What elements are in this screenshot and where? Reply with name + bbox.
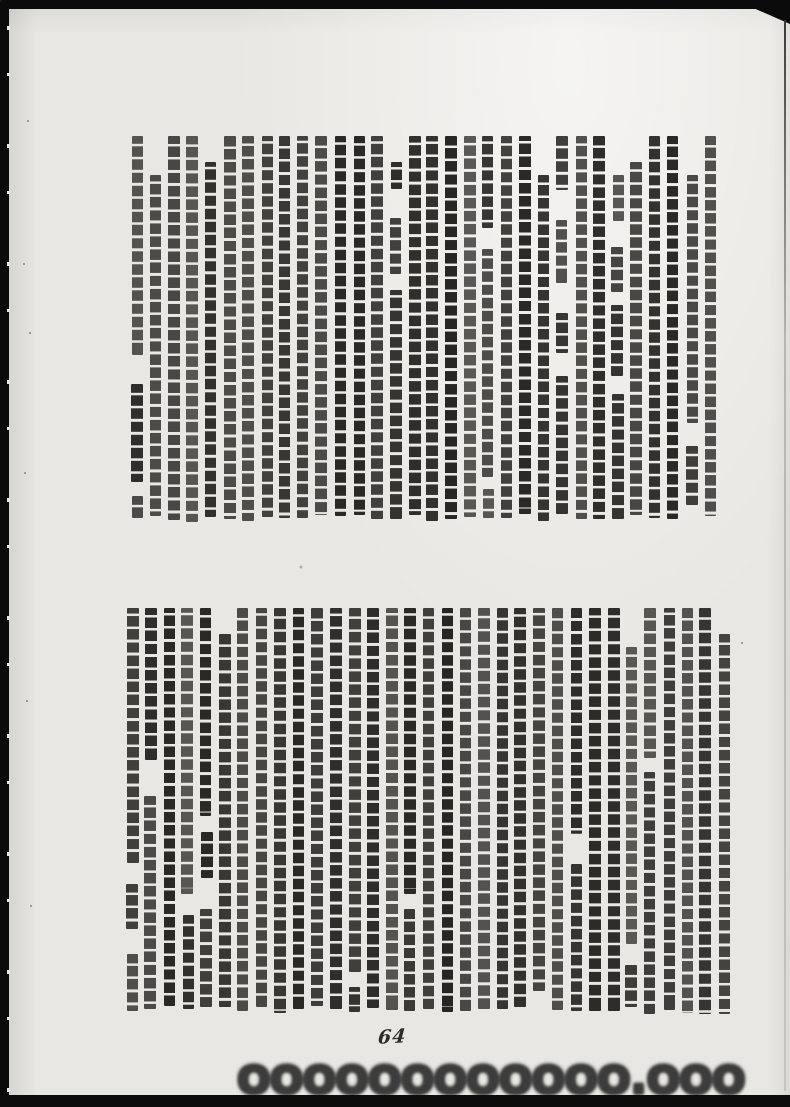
- greeked-text-column: [426, 136, 438, 521]
- greeked-text-column: [181, 608, 193, 894]
- greeked-text-column: [589, 608, 601, 1011]
- greeked-text-column: [630, 162, 642, 515]
- greeked-text-column: [409, 136, 421, 515]
- greeked-text-column: [390, 218, 402, 274]
- greeked-text-column: [349, 987, 361, 1012]
- greeked-text-column: [649, 136, 661, 518]
- greeked-text-column: [391, 162, 403, 189]
- greeked-text-column: [644, 772, 656, 1014]
- greeked-text-column: [349, 608, 361, 972]
- greeked-text-column: [687, 175, 699, 423]
- greeked-text-column: [625, 965, 637, 1007]
- greeked-text-column: [686, 446, 698, 505]
- greeked-text-column: [533, 608, 545, 991]
- greeked-text-column: [571, 864, 583, 1011]
- greeked-text-column: [667, 136, 679, 519]
- greeked-text-column: [279, 136, 291, 518]
- scan-corner-top-right: [735, 0, 790, 24]
- greeked-text-column: [608, 608, 620, 1011]
- greeked-text-column: [482, 249, 494, 477]
- greeked-text-column: [613, 175, 625, 221]
- greeked-text-column: [556, 313, 568, 353]
- greeked-text-column: [460, 608, 472, 1011]
- greeked-text-column: [611, 305, 623, 376]
- greeked-text-column: [297, 136, 309, 518]
- greeked-text-column: [237, 608, 249, 1011]
- greeked-text-column: [274, 608, 286, 1013]
- greeked-text-column: [611, 247, 623, 292]
- text-block-lower: [104, 608, 730, 1014]
- scanned-page: 64 oooooooooooo.ooo: [0, 0, 790, 1107]
- page-number: 64: [377, 1025, 407, 1049]
- greeked-text-column: [293, 608, 305, 1009]
- greeked-text-column: [571, 608, 583, 834]
- greeked-text-column: [256, 608, 268, 1007]
- greeked-text-column: [483, 489, 495, 518]
- greeked-text-column: [367, 608, 379, 1008]
- greeked-text-column: [626, 647, 638, 944]
- greeked-text-column: [552, 608, 564, 1010]
- greeked-text-column: [464, 136, 476, 517]
- scan-edge-right-line: [784, 20, 786, 1091]
- greeked-text-column: [183, 915, 195, 1009]
- greeked-text-column: [200, 608, 212, 816]
- greeked-text-column: [164, 608, 176, 1006]
- greeked-text-column: [664, 608, 676, 1010]
- greeked-text-column: [576, 136, 588, 519]
- greeked-text-column: [386, 608, 398, 1010]
- greeked-text-column: [404, 608, 416, 894]
- greeked-text-column: [205, 162, 217, 517]
- greeked-text-column: [330, 608, 342, 1009]
- greeked-text-column: [404, 909, 416, 1011]
- greeked-text-column: [131, 384, 143, 482]
- greeked-text-column: [556, 220, 568, 282]
- greeked-text-column: [519, 136, 531, 514]
- greeked-text-column: [200, 909, 212, 1007]
- greeked-text-column: [538, 175, 550, 521]
- greeked-text-column: [514, 608, 526, 1007]
- greeked-text-column: [335, 136, 347, 516]
- greeked-text-column: [127, 608, 139, 863]
- greeked-text-column: [497, 608, 509, 1009]
- greeked-text-column: [315, 136, 327, 515]
- greeked-text-column: [144, 796, 156, 1009]
- greeked-text-column: [219, 634, 231, 1007]
- greeked-text-column: [201, 832, 213, 878]
- greeked-text-column: [390, 290, 402, 519]
- scan-edge-top: [0, 0, 790, 9]
- greeked-text-column: [423, 608, 435, 1009]
- greeked-text-column: [482, 136, 494, 228]
- greeked-text-column: [168, 136, 180, 520]
- greeked-text-column: [150, 175, 162, 516]
- greeked-text-column: [478, 608, 490, 1009]
- greeked-text-column: [126, 884, 138, 929]
- greeked-text-column: [705, 136, 717, 516]
- text-block-upper: [110, 136, 716, 522]
- greeked-text-column: [699, 608, 711, 1014]
- scan-speckles: [0, 0, 2, 2]
- greeked-text-column: [127, 954, 139, 1011]
- greeked-text-column: [132, 496, 144, 518]
- greeked-text-column: [262, 136, 274, 517]
- greeked-text-column: [612, 394, 624, 519]
- greeked-text-column: [644, 608, 656, 758]
- scan-edge-left: [0, 0, 9, 1107]
- greeked-text-column: [442, 608, 454, 1012]
- greeked-text-column: [186, 136, 198, 522]
- greeked-text-column: [445, 136, 457, 519]
- greeked-text-column: [224, 136, 236, 519]
- scan-edge-bottom: [0, 1095, 790, 1107]
- greeked-text-column: [556, 136, 568, 190]
- greeked-text-column: [593, 136, 605, 519]
- greeked-text-column: [242, 136, 254, 521]
- greeked-text-column: [682, 608, 694, 1013]
- greeked-text-column: [145, 608, 157, 760]
- greeked-text-column: [501, 136, 513, 518]
- greeked-text-column: [311, 608, 323, 1006]
- greeked-text-column: [132, 136, 144, 355]
- greeked-text-column: [719, 634, 731, 1014]
- greeked-text-column: [556, 376, 568, 514]
- greeked-text-column: [371, 136, 383, 519]
- greeked-text-column: [354, 136, 366, 515]
